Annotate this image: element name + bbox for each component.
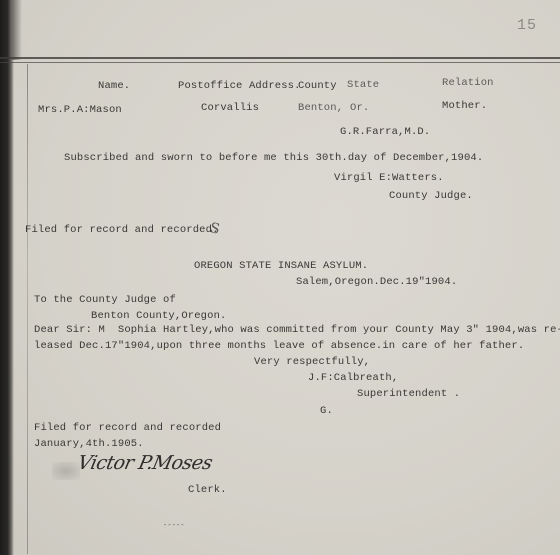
letter-body-1: Dear Sir: M Sophia Hartley,who was commi… bbox=[34, 324, 560, 336]
jurat-signer: Virgil E:Watters. bbox=[334, 172, 444, 184]
row-state: Or. bbox=[350, 102, 369, 114]
jurat-signer-title: County Judge. bbox=[389, 190, 473, 202]
header-name: Name. bbox=[98, 80, 130, 92]
letter-institution: OREGON STATE INSANE ASYLUM. bbox=[194, 260, 368, 272]
footer-mark: ----- bbox=[163, 520, 185, 532]
filing-1-text: Filed for record and recorded. bbox=[25, 224, 219, 236]
physician-signature: G.R.Farra,M.D. bbox=[340, 126, 430, 138]
header-rule-top bbox=[0, 57, 560, 59]
margin-line bbox=[27, 64, 28, 554]
row-postoffice: Corvallis bbox=[201, 102, 259, 114]
header-county: County bbox=[298, 80, 337, 92]
header-postoffice: Postoffice Address. bbox=[178, 80, 301, 92]
letter-body-2: leased Dec.17"1904,upon three months lea… bbox=[34, 340, 524, 352]
filing-2-line2: January,4th.1905. bbox=[34, 438, 144, 450]
letter-addressee-2: Benton County,Oregon. bbox=[91, 310, 226, 322]
row-county: Benton, bbox=[298, 102, 343, 114]
letter-place-date: Salem,Oregon.Dec.19"1904. bbox=[296, 276, 457, 288]
clerk-title: Clerk. bbox=[188, 484, 227, 496]
jurat-text: Subscribed and sworn to before me this 3… bbox=[64, 152, 483, 164]
letter-signer: J.F:Calbreath, bbox=[308, 372, 398, 384]
header-relation: Relation bbox=[442, 77, 494, 89]
row-name: Mrs.P.A:Mason bbox=[38, 104, 122, 116]
letter-addressee-1: To the County Judge of bbox=[34, 294, 176, 306]
row-relation: Mother. bbox=[442, 100, 487, 112]
letter-initial: G. bbox=[320, 405, 333, 417]
header-state: State bbox=[347, 79, 379, 91]
letter-closing: Very respectfully, bbox=[254, 356, 370, 368]
filing-2-line1: Filed for record and recorded bbox=[34, 422, 221, 434]
page-number: 15 bbox=[517, 20, 537, 32]
letter-signer-title: Superintendent . bbox=[357, 388, 460, 400]
binding-edge bbox=[0, 0, 14, 555]
clerk-signature: Victor P.Moses bbox=[76, 452, 215, 474]
header-rule-bottom bbox=[0, 62, 560, 63]
